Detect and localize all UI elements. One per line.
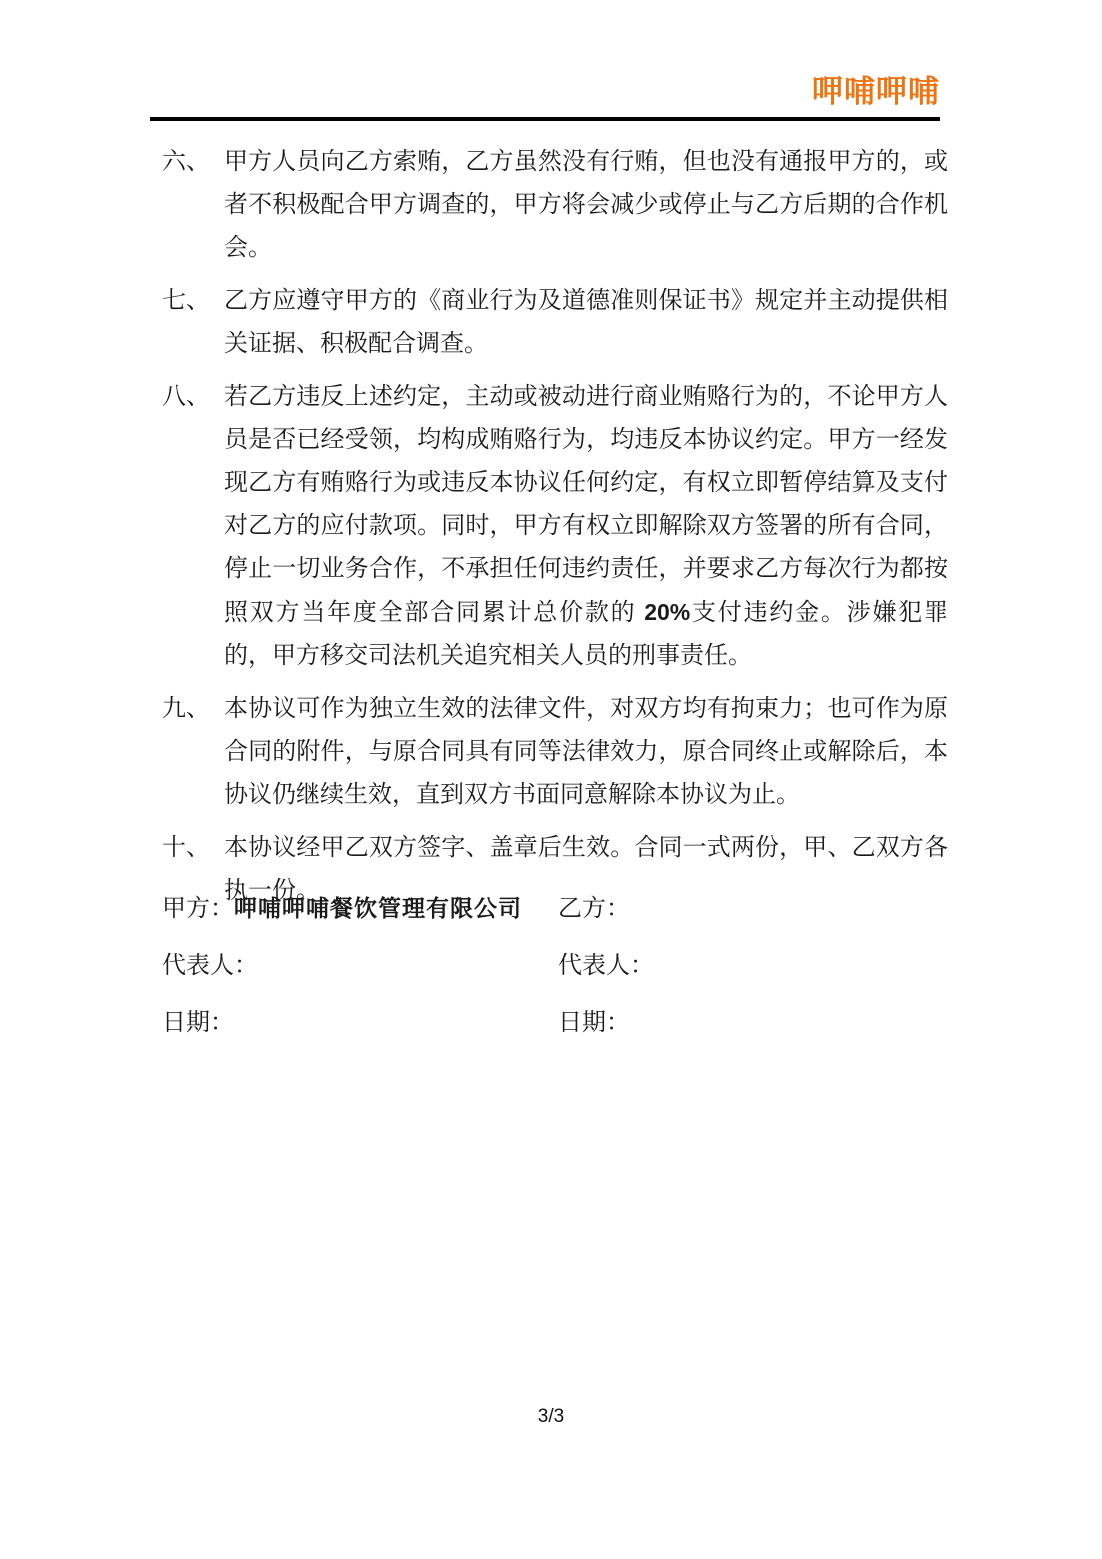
clause-number: 七、 — [162, 280, 210, 323]
clause-text: 若乙方违反上述约定，主动或被动进行商业贿赂行为的，不论甲方人员是否已经受领，均构… — [224, 376, 948, 678]
party-row: 甲方：呷哺呷哺餐饮管理有限公司 乙方： — [162, 888, 948, 931]
party-a-label: 甲方： — [162, 896, 234, 922]
party-a-date-label: 日期： — [162, 1002, 558, 1045]
page-header: 呷哺呷哺 — [150, 74, 940, 121]
clause-text: 乙方应遵守甲方的《商业行为及道德准则保证书》规定并主动提供相关证据、积极配合调查… — [224, 280, 948, 366]
contract-body: 六、 甲方人员向乙方索贿，乙方虽然没有行贿，但也没有通报甲方的，或者不积极配合甲… — [162, 141, 948, 923]
document-page: 呷哺呷哺 六、 甲方人员向乙方索贿，乙方虽然没有行贿，但也没有通报甲方的，或者不… — [0, 0, 1102, 1559]
party-a-name: 呷哺呷哺餐饮管理有限公司 — [234, 896, 522, 922]
page-footer: 3/3 — [0, 1406, 1102, 1428]
clause-7: 七、 乙方应遵守甲方的《商业行为及道德准则保证书》规定并主动提供相关证据、积极配… — [162, 280, 948, 366]
header-rule — [150, 117, 940, 121]
clause-number: 九、 — [162, 688, 210, 731]
page-number: 3/3 — [538, 1406, 564, 1427]
clause-text: 甲方人员向乙方索贿，乙方虽然没有行贿，但也没有通报甲方的，或者不积极配合甲方调查… — [224, 141, 948, 270]
signature-section: 甲方：呷哺呷哺餐饮管理有限公司 乙方： 代表人： 代表人： 日期： 日期： — [162, 888, 948, 1059]
representative-row: 代表人： 代表人： — [162, 945, 948, 988]
party-b-cell: 乙方： — [558, 888, 948, 931]
brand-logo: 呷哺呷哺 — [150, 74, 940, 110]
party-b-date-label: 日期： — [558, 1002, 948, 1045]
clause-9: 九、 本协议可作为独立生效的法律文件，对双方均有拘束力；也可作为原合同的附件，与… — [162, 688, 948, 817]
date-row: 日期： 日期： — [162, 1002, 948, 1045]
clause-number: 十、 — [162, 827, 210, 870]
clause-8: 八、 若乙方违反上述约定，主动或被动进行商业贿赂行为的，不论甲方人员是否已经受领… — [162, 376, 948, 678]
clause-number: 六、 — [162, 141, 210, 184]
clause-text: 本协议可作为独立生效的法律文件，对双方均有拘束力；也可作为原合同的附件，与原合同… — [224, 688, 948, 817]
clause-6: 六、 甲方人员向乙方索贿，乙方虽然没有行贿，但也没有通报甲方的，或者不积极配合甲… — [162, 141, 948, 270]
party-b-rep-label: 代表人： — [558, 945, 948, 988]
clause-text-segment: 若乙方违反上述约定，主动或被动进行商业贿赂行为的，不论甲方人员是否已经受领，均构… — [224, 384, 948, 626]
party-a-cell: 甲方：呷哺呷哺餐饮管理有限公司 — [162, 888, 558, 931]
party-b-label: 乙方： — [558, 896, 630, 922]
party-a-rep-label: 代表人： — [162, 945, 558, 988]
penalty-percentage: 20% — [644, 599, 690, 625]
clause-number: 八、 — [162, 376, 210, 419]
